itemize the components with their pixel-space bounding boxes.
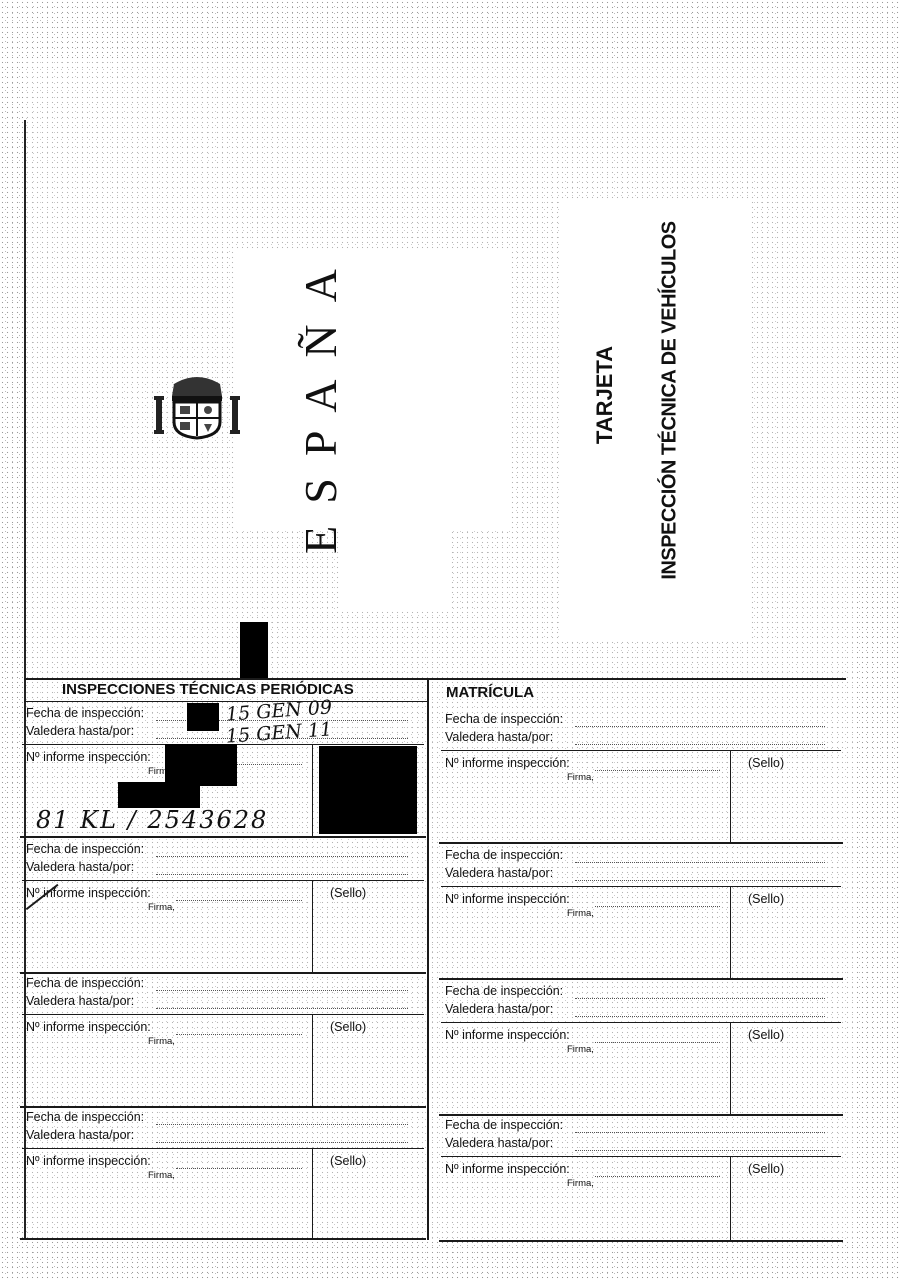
left-informe-field-3[interactable] [176,1034,302,1035]
card-edge [24,120,26,1240]
left-informe-label-3: Nº informe inspección: [26,1020,151,1034]
center-divider [427,680,429,1240]
right-fecha-label-2: Fecha de inspección: [445,848,563,862]
left-sello-divider-3 [312,1014,313,1106]
left-block-bottom-3 [20,1106,426,1108]
right-sello-label-1: (Sello) [748,756,784,770]
right-firma-label-1: Firma, [567,772,594,783]
left-valedera-field-2[interactable] [156,874,408,875]
right-valedera-field-3[interactable] [575,1016,825,1017]
right-valedera-label-1: Valedera hasta/por: [445,730,553,744]
right-valedera-field-4[interactable] [575,1150,825,1151]
right-sello-divider-3 [730,1022,731,1114]
right-valedera-field-2[interactable] [575,880,825,881]
left-valedera-label-1: Valedera hasta/por: [26,724,134,738]
right-valedera-label-3: Valedera hasta/por: [445,1002,553,1016]
left-fecha-field-4[interactable] [156,1124,408,1125]
right-sello-divider-4 [730,1156,731,1240]
right-row-divider-2 [441,886,841,887]
right-informe-label-4: Nº informe inspección: [445,1162,570,1176]
right-fecha-label-4: Fecha de inspección: [445,1118,563,1132]
country-title: ESPAÑA [290,270,350,530]
right-row-divider-1 [441,750,841,751]
left-valedera-label-2: Valedera hasta/por: [26,860,134,874]
coat-of-arms-icon [152,370,244,440]
right-row-divider-3 [441,1022,841,1023]
right-informe-field-4[interactable] [595,1176,720,1177]
left-firma-label-2: Firma, [148,902,175,913]
left-informe-label-1: Nº informe inspección: [26,750,151,764]
informe-value: 81 KL / 2543628 [36,806,268,834]
left-informe-field-4[interactable] [176,1168,302,1169]
left-valedera-label-4: Valedera hasta/por: [26,1128,134,1142]
right-informe-label-1: Nº informe inspección: [445,756,570,770]
right-block-bottom-1 [439,842,843,844]
right-informe-field-2[interactable] [595,906,720,907]
left-fecha-field-2[interactable] [156,856,408,857]
right-valedera-field-1[interactable] [575,744,825,745]
left-row-divider-3 [22,1014,424,1015]
right-informe-field-3[interactable] [595,1042,720,1043]
right-sello-label-3: (Sello) [748,1028,784,1042]
left-sello-divider-4 [312,1148,313,1238]
left-informe-label-4: Nº informe inspección: [26,1154,151,1168]
redaction-block [118,782,200,808]
redaction-block [187,703,219,731]
left-sello-label-4: (Sello) [330,1154,366,1168]
left-row-divider-4 [22,1148,424,1149]
left-block-bottom-2 [20,972,426,974]
left-header: INSPECCIONES TÉCNICAS PERIÓDICAS [62,681,354,698]
left-informe-field-2[interactable] [176,900,302,901]
left-fecha-label-2: Fecha de inspección: [26,842,144,856]
right-sello-label-4: (Sello) [748,1162,784,1176]
left-firma-label-4: Firma, [148,1170,175,1181]
right-sello-label-2: (Sello) [748,892,784,906]
left-fecha-label-4: Fecha de inspección: [26,1110,144,1124]
right-row-divider-4 [441,1156,841,1157]
left-firma-label-3: Firma, [148,1036,175,1047]
left-block-bottom-1 [20,836,426,838]
right-block-bottom-4 [439,1240,843,1242]
right-firma-label-2: Firma, [567,908,594,919]
left-sello-divider-1 [312,744,313,836]
redaction-block [240,622,268,678]
right-firma-label-4: Firma, [567,1178,594,1189]
right-fecha-label-3: Fecha de inspección: [445,984,563,998]
redaction-block [319,746,417,834]
right-firma-label-3: Firma, [567,1044,594,1055]
left-fecha-field-3[interactable] [156,990,408,991]
right-informe-field-1[interactable] [595,770,720,771]
right-sello-divider-2 [730,886,731,978]
right-block-bottom-3 [439,1114,843,1116]
right-informe-label-2: Nº informe inspección: [445,892,570,906]
table-top-line [24,678,846,680]
right-sello-divider-1 [730,750,731,842]
right-fecha-field-2[interactable] [575,862,825,863]
card-word: TARJETA [585,330,625,460]
left-sello-label-3: (Sello) [330,1020,366,1034]
right-fecha-field-1[interactable] [575,726,825,727]
cover-patch [340,520,450,610]
left-block-bottom-4 [20,1238,426,1240]
header-bottom-line [24,701,428,702]
right-fecha-field-3[interactable] [575,998,825,999]
right-header: MATRÍCULA [446,684,534,701]
right-informe-label-3: Nº informe inspección: [445,1028,570,1042]
left-sello-divider-2 [312,880,313,972]
left-valedera-field-3[interactable] [156,1008,408,1009]
card-title: INSPECCIÓN TÉCNICA DE VEHÍCULOS [650,190,690,610]
cover-patch [236,250,511,530]
left-fecha-label-1: Fecha de inspección: [26,706,144,720]
right-valedera-label-2: Valedera hasta/por: [445,866,553,880]
left-valedera-field-4[interactable] [156,1142,408,1143]
right-fecha-field-4[interactable] [575,1132,825,1133]
right-valedera-label-4: Valedera hasta/por: [445,1136,553,1150]
left-row-divider-2 [22,880,424,881]
right-fecha-label-1: Fecha de inspección: [445,712,563,726]
left-fecha-label-3: Fecha de inspección: [26,976,144,990]
right-block-bottom-2 [439,978,843,980]
left-sello-label-2: (Sello) [330,886,366,900]
redaction-block [165,744,237,786]
left-valedera-label-3: Valedera hasta/por: [26,994,134,1008]
